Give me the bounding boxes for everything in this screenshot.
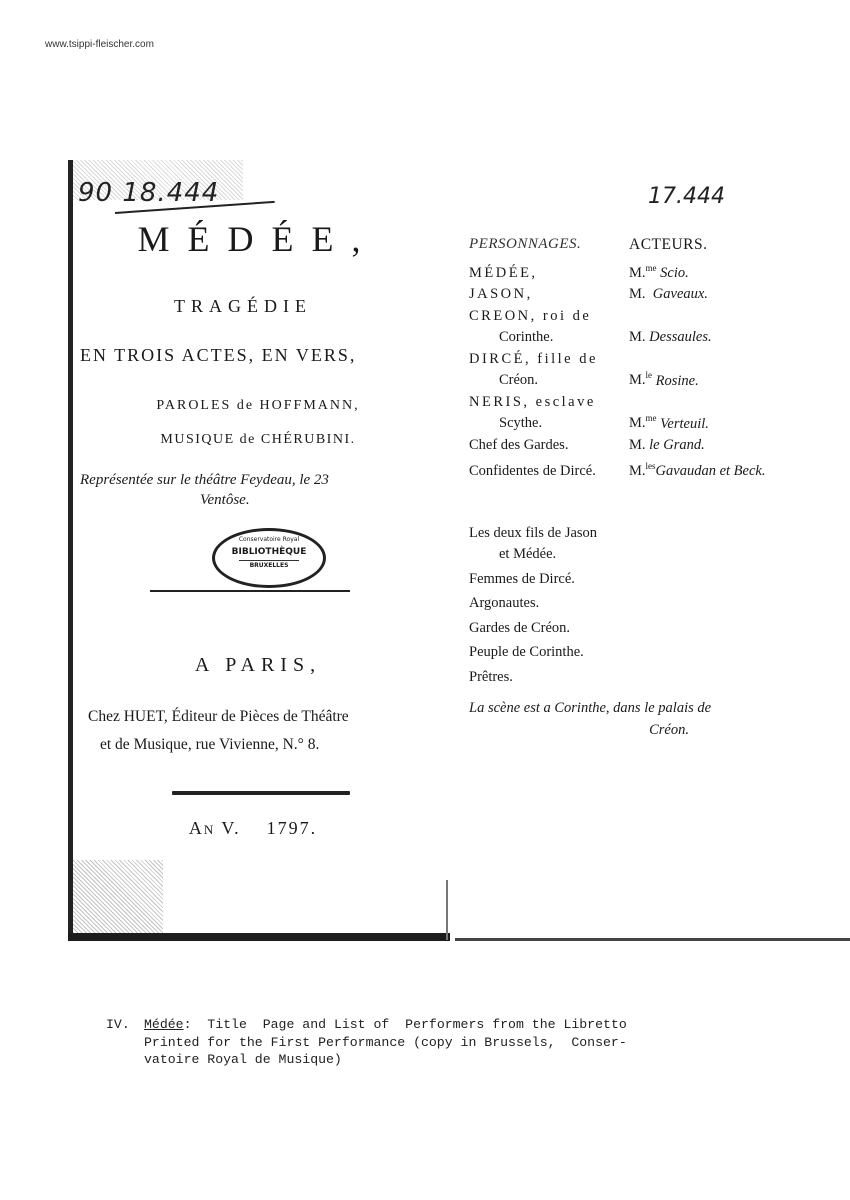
handwritten-mark: 17.444 [648,184,725,209]
cast-row: DIRCÉ, fille deCréon. M.le Rosine. [469,349,839,392]
genre: TRAGÉDIE [78,296,408,317]
scene-setting-line-2: Créon. [469,722,839,739]
work-title: MÉDÉE, [78,218,438,260]
acts-line: EN TROIS ACTES, EN VERS, [80,345,420,366]
actor-name: le Grand. [649,437,705,453]
role-name: NERIS, esclave [469,394,596,410]
role-name: MÉDÉE, [469,265,538,281]
role-name: JASON, [469,286,533,302]
cast-row: NERIS, esclaveScythe. M.me Verteuil. [469,392,839,435]
actor-name: Verteuil. [660,415,709,431]
librettist-line: PAROLES de HOFFMANN, [78,398,438,414]
cast-row: Confidentes de Dircé. M.lesGavaudan et B… [469,456,839,482]
stamp-bottom-text: BRUXELLES [239,560,299,569]
performance-line-1: Représentée sur le théâtre Feydeau, le 2… [80,472,450,489]
cast-row: Chef des Gardes. M. le Grand. [469,435,839,457]
role-name: Chef des Gardes. [469,437,568,453]
extras-item: Les deux fils de Jason et Médée. [469,521,597,563]
actors-heading: ACTEURS. [629,236,708,254]
library-stamp: Conservatoire Royal BIBLIOTHÈQUE BRUXELL… [212,528,326,588]
year-line: An V. 1797. [78,818,428,839]
caption-line-3: vatoire Royal de Musique) [106,1051,806,1069]
caption-line-1: : Title Page and List of Performers from… [184,1017,627,1032]
stamp-middle-text: BIBLIOTHÈQUE [215,547,323,557]
publisher-line-2: et de Musique, rue Vivienne, N.° 8. [100,736,440,754]
role-name: CREON, roi de [469,308,591,324]
cast-row: MÉDÉE, M.me Scio. [469,258,839,284]
decorative-rule [172,791,350,795]
extras-item: Peuple de Corinthe. [469,640,597,665]
city-line: A PARIS, [78,654,438,677]
extras-item: Prêtres. [469,665,597,690]
actor-name: Rosine. [656,372,699,388]
catalog-number: 90 18.444 [78,178,219,208]
caption-line-2: Printed for the First Performance (copy … [106,1034,806,1052]
roles-heading: PERSONNAGES. [469,236,629,254]
role-continuation: Créon. [469,370,629,392]
page-bottom-border-right [455,938,850,941]
cast-row: CREON, roi deCorinthe. M. Dessaules. [469,306,839,349]
source-url: www.tsippi-fleischer.com [45,39,154,50]
cast-row: JASON, M. Gaveaux. [469,284,839,306]
performance-line-2: Ventôse. [80,492,450,509]
page-divider [446,880,448,940]
role-continuation: Corinthe. [469,327,629,349]
page-left-border [68,160,73,940]
role-continuation: Scythe. [469,413,629,435]
actor-name: Gavaudan et Beck. [656,463,766,479]
actor-name: Dessaules. [649,329,711,345]
page-bottom-border [68,933,450,941]
year-prefix: An V. [189,818,241,838]
composer-line: MUSIQUE de CHÉRUBINI. [78,432,438,448]
scan-noise-bottom [73,860,163,933]
extras-list: Les deux fils de Jason et Médée. Femmes … [469,521,597,689]
cast-list: MÉDÉE, M.me Scio. JASON, M. Gaveaux. CRE… [469,258,839,483]
caption-title: Médée [144,1017,184,1032]
stamp-top-text: Conservatoire Royal [215,536,323,543]
caption-number: IV. [106,1016,144,1034]
figure-caption: IV.Médée: Title Page and List of Perform… [106,1016,806,1069]
scene-setting-line-1: La scène est a Corinthe, dans le palais … [469,700,839,717]
stamp-rule [150,590,350,592]
extras-item: Argonautes. [469,591,597,616]
actor-name: Scio. [660,265,689,281]
role-name: Confidentes de Dircé. [469,463,596,479]
extras-item: Femmes de Dircé. [469,567,597,592]
cast-header: PERSONNAGES. ACTEURS. [469,236,809,254]
actor-name: Gaveaux. [653,286,708,302]
extras-item: Gardes de Créon. [469,616,597,641]
role-name: DIRCÉ, fille de [469,351,598,367]
publisher-line-1: Chez HUET, Éditeur de Pièces de Théâtre [88,708,448,726]
year-value: 1797. [267,818,318,838]
